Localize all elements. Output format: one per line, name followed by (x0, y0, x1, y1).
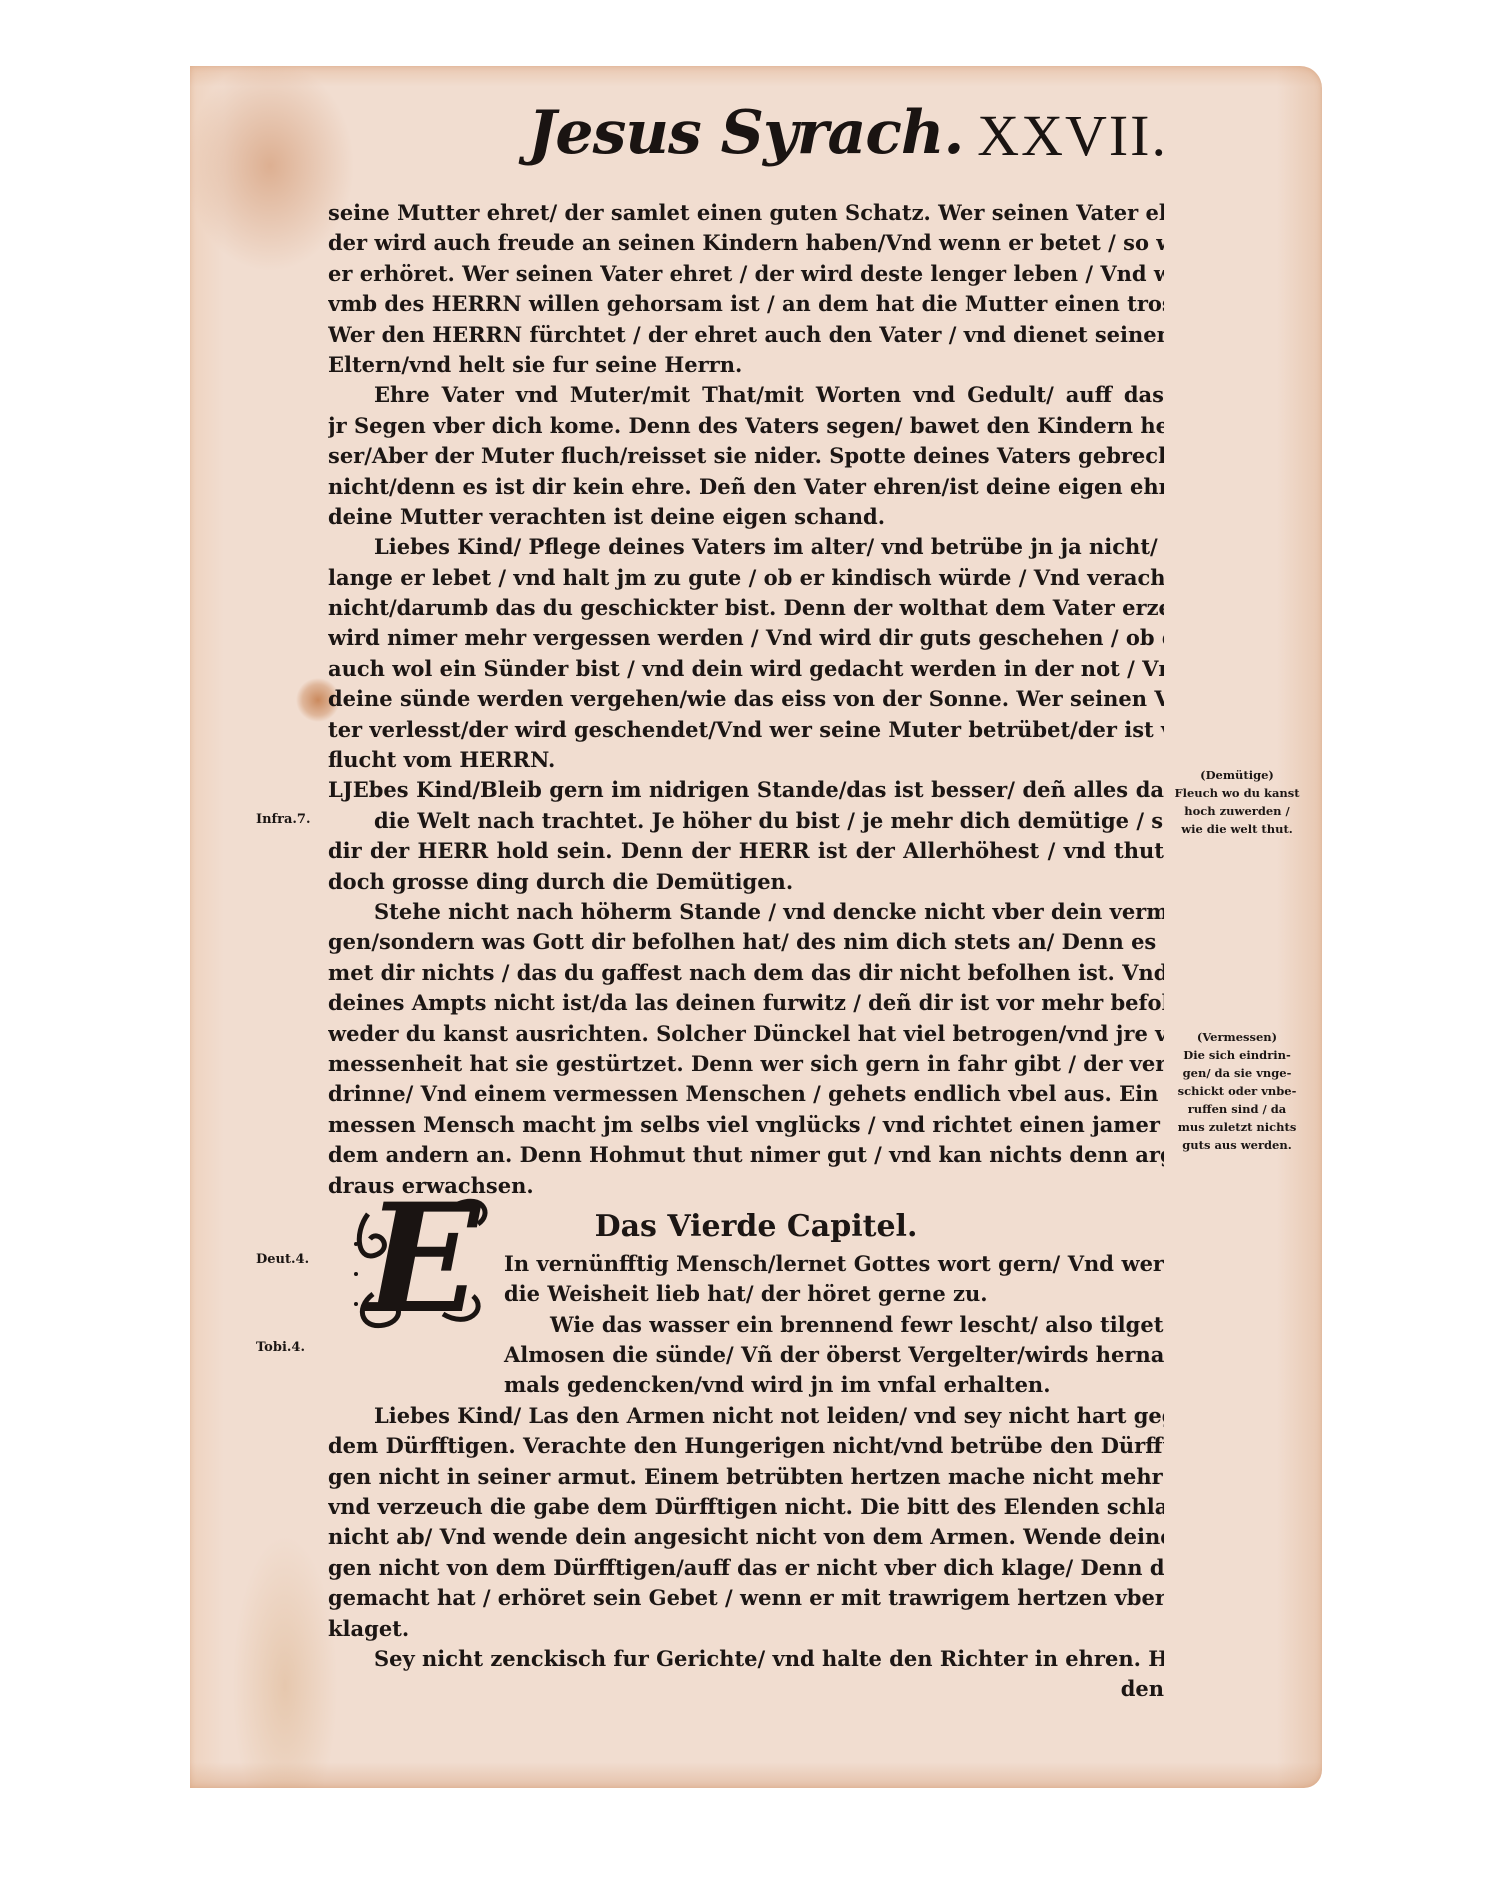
text-line: Ehre Vater vnd Muter/mit That/mit Worten… (328, 380, 1164, 410)
gloss-line: Fleuch wo du kanst (1162, 784, 1312, 802)
margin-note-left: Deut.4. (256, 1252, 309, 1267)
margin-note-right: (Vermessen) Die sich eindrin- gen/ da si… (1162, 1028, 1312, 1154)
running-title: Jesus Syrach. (528, 98, 963, 168)
text-line: Eltern/vnd helt sie fur seine Herrn. (328, 350, 1164, 380)
text-line: Sey nicht zenckisch fur Gerichte/ vnd ha… (328, 1644, 1164, 1674)
text-line: gen nicht von dem Dürfftigen/auff das er… (328, 1553, 1164, 1583)
folio-number: XXVII. (977, 102, 1168, 169)
text-line: met dir nichts / das du gaffest nach dem… (328, 958, 1164, 988)
margin-note-left: Tobi.4. (256, 1340, 305, 1355)
gloss-line: ruffen sind / da (1162, 1100, 1312, 1118)
drop-cap-letter: E (366, 1171, 480, 1347)
main-text-block: seine Mutter ehret/ der samlet einen gut… (328, 198, 1164, 1705)
text-line: seine Mutter ehret/ der samlet einen gut… (328, 198, 1164, 228)
text-line: flucht vom HERRN. (328, 745, 1164, 775)
gloss-line: schickt oder vnbe- (1162, 1082, 1312, 1100)
margin-note-left: Infra.7. (256, 812, 311, 827)
text-line: jr Segen vber dich kome. Denn des Vaters… (328, 411, 1164, 441)
text-line: die Welt nach trachtet. Je höher du bist… (328, 806, 1164, 836)
text-line: vmb des HERRN willen gehorsam ist / an d… (328, 289, 1164, 319)
text-line: LJEbes Kind/Bleib gern im nidrigen Stand… (328, 775, 1164, 805)
gloss-line: gen/ da sie vnge- (1162, 1064, 1312, 1082)
text-line: messen Mensch macht jm selbs viel vnglüc… (328, 1110, 1164, 1140)
catchword: den (328, 1674, 1164, 1704)
text-line: der wird auch freude an seinen Kindern h… (328, 228, 1164, 258)
gloss-line: (Vermessen) (1162, 1028, 1312, 1046)
gloss-line: guts aus werden. (1162, 1136, 1312, 1154)
text-line: Stehe nicht nach höherm Stande / vnd den… (328, 897, 1164, 927)
text-line: dir der HERR hold sein. Denn der HERR is… (328, 836, 1164, 866)
text-line: gemacht hat / erhöret sein Gebet / wenn … (328, 1583, 1164, 1613)
text-line: deine Mutter verachten ist deine eigen s… (328, 502, 1164, 532)
gloss-line: (Demütige) (1162, 766, 1312, 784)
text-line: wird nimer mehr vergessen werden / Vnd w… (328, 623, 1164, 653)
text-line: drinne/ Vnd einem vermessen Menschen / g… (328, 1079, 1164, 1109)
text-line: deines Ampts nicht ist/da las deinen fur… (328, 988, 1164, 1018)
decorated-initial: E (348, 1184, 498, 1334)
text-line: er erhöret. Wer seinen Vater ehret / der… (328, 259, 1164, 289)
text-line: lange er lebet / vnd halt jm zu gute / o… (328, 563, 1164, 593)
text-line: weder du kanst ausrichten. Solcher Dünck… (328, 1019, 1164, 1049)
gloss-line: mus zuletzt nichts (1162, 1118, 1312, 1136)
text-line: Wer den HERRN fürchtet / der ehret auch … (328, 320, 1164, 350)
text-line: ter verlesst/der wird geschendet/Vnd wer… (328, 715, 1164, 745)
text-line: deine sünde werden vergehen/wie das eiss… (328, 684, 1164, 714)
text-line: nicht/denn es ist dir kein ehre. Deñ den… (328, 472, 1164, 502)
text-line: gen nicht in seiner armut. Einem betrübt… (328, 1462, 1164, 1492)
text-line: nicht/darumb das du geschickter bist. De… (328, 593, 1164, 623)
text-line: auch wol ein Sünder bist / vnd dein wird… (328, 654, 1164, 684)
text-line: klaget. (328, 1614, 1164, 1644)
margin-note-right: (Demütige) Fleuch wo du kanst hoch zuwer… (1162, 766, 1312, 838)
text-line: mals gedencken/vnd wird jn im vnfal erha… (328, 1370, 1164, 1400)
page-header: Jesus Syrach. XXVII. (338, 98, 1168, 178)
text-line: dem andern an. Denn Hohmut thut nimer gu… (328, 1140, 1164, 1170)
text-line: messenheit hat sie gestürtzet. Denn wer … (328, 1049, 1164, 1079)
text-line: doch grosse ding durch die Demütigen. (328, 867, 1164, 897)
text-line: vnd verzeuch die gabe dem Dürfftigen nic… (328, 1492, 1164, 1522)
gloss-line: hoch zuwerden / (1162, 802, 1312, 820)
text-line: Liebes Kind/ Pflege deines Vaters im alt… (328, 532, 1164, 562)
gloss-line: wie die welt thut. (1162, 820, 1312, 838)
gloss-line: Die sich eindrin- (1162, 1046, 1312, 1064)
text-line: nicht ab/ Vnd wende dein angesicht nicht… (328, 1522, 1164, 1552)
text-line: gen/sondern was Gott dir befolhen hat/ d… (328, 927, 1164, 957)
text-line: ser/Aber der Muter fluch/reisset sie nid… (328, 441, 1164, 471)
text-line: dem Dürfftigen. Verachte den Hungerigen … (328, 1431, 1164, 1461)
text-line: Liebes Kind/ Las den Armen nicht not lei… (328, 1401, 1164, 1431)
